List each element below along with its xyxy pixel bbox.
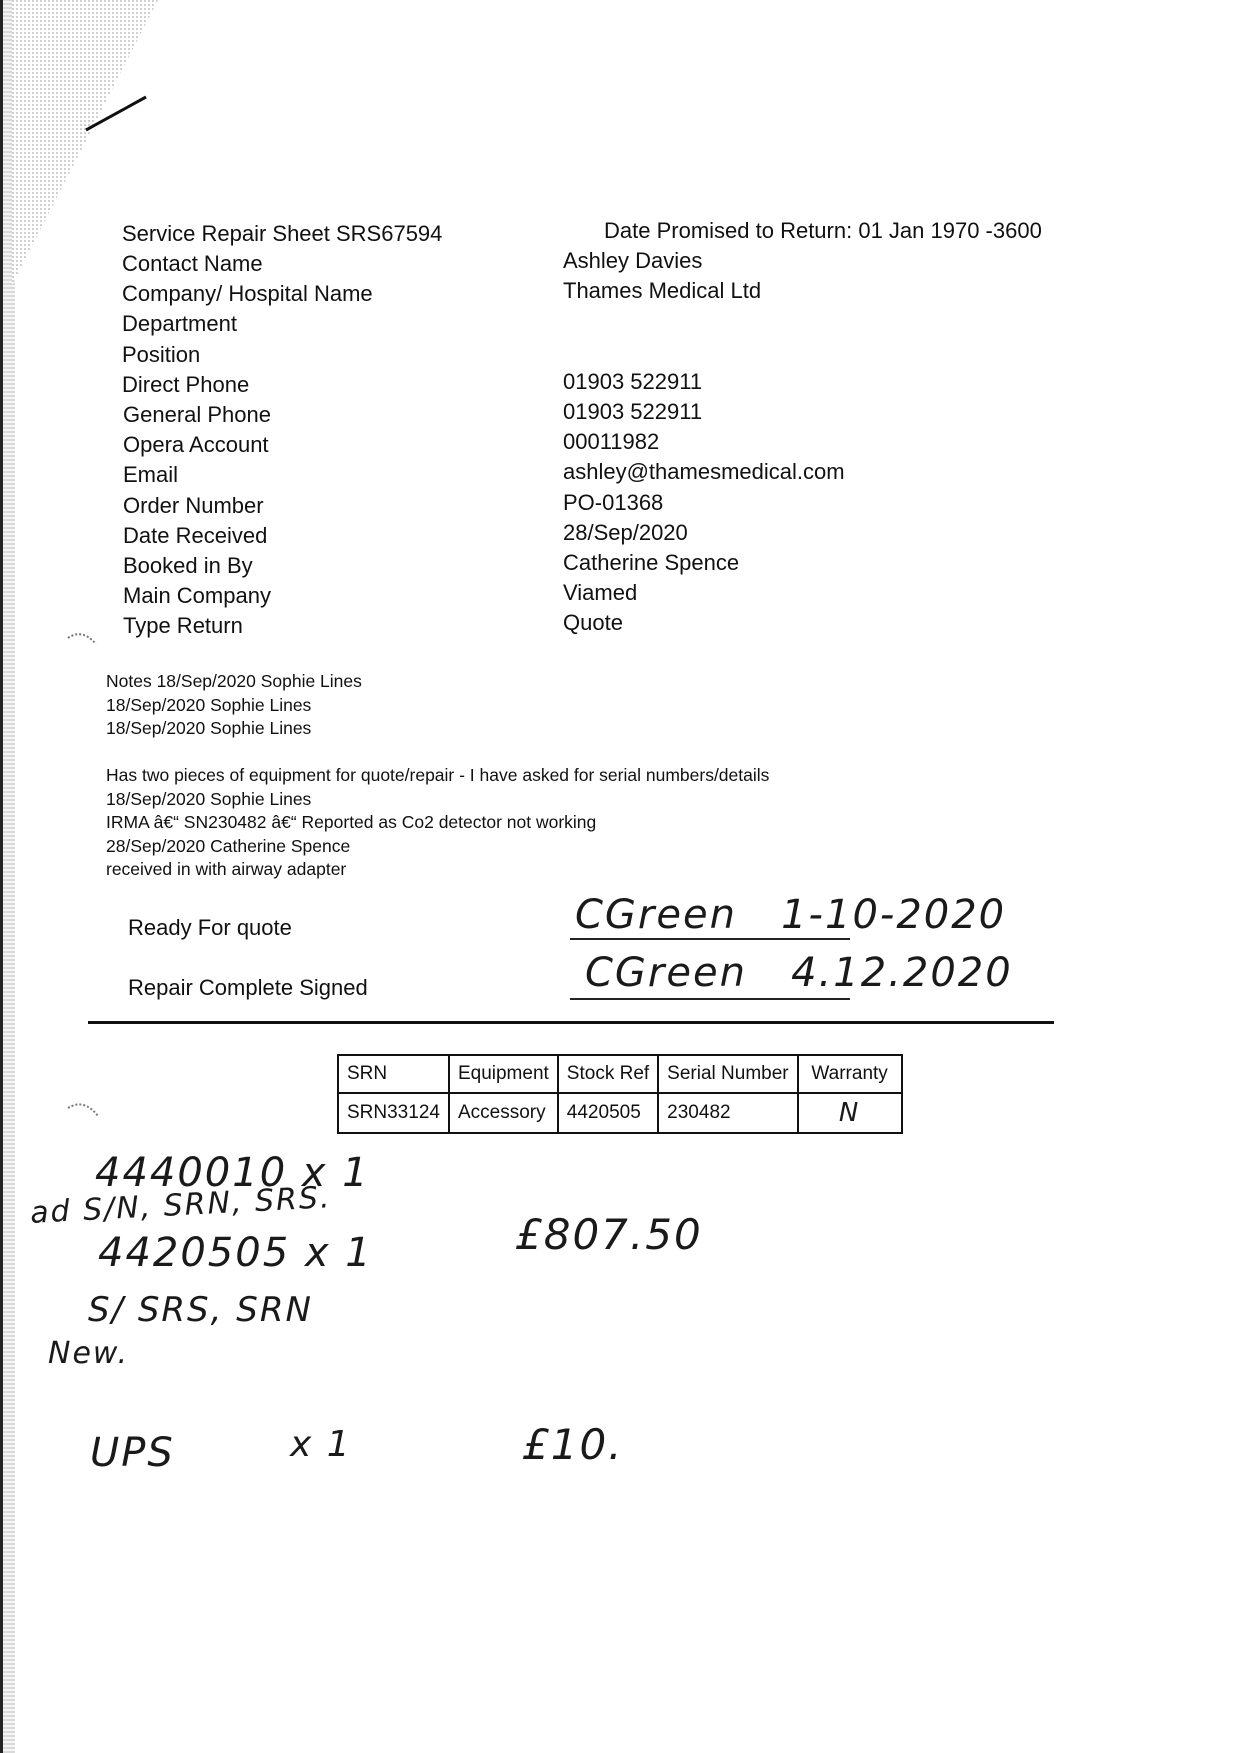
signature-date: 4.12.2020 <box>791 950 1013 996</box>
signature-line <box>570 998 850 1000</box>
header-serial-number: Serial Number <box>658 1055 797 1093</box>
cell-equipment: Accessory <box>449 1093 558 1133</box>
handwritten-new: New. <box>48 1336 129 1371</box>
repair-complete-signature: CGreen 4.12.2020 <box>585 950 1013 996</box>
field-value: Ashley Davies <box>563 246 702 276</box>
handwritten-part-2-note: S/ SRS, SRN <box>88 1290 313 1330</box>
field-value: 28/Sep/2020 <box>563 518 688 548</box>
field-value: Viamed <box>563 578 637 608</box>
note-line: 28/Sep/2020 Catherine Spence <box>106 835 769 859</box>
date-promised: Date Promised to Return: 01 Jan 1970 -36… <box>604 216 1042 246</box>
equipment-table: SRN Equipment Stock Ref Serial Number Wa… <box>337 1054 903 1134</box>
note-line <box>106 741 769 765</box>
section-divider <box>88 1021 1054 1024</box>
ready-for-quote-signature: CGreen 1-10-2020 <box>575 892 1006 938</box>
field-value: ashley@thamesmedical.com <box>563 457 845 487</box>
field-label: General Phone <box>123 400 271 430</box>
sheet-title: Service Repair Sheet SRS67594 <box>122 219 442 249</box>
field-label: Type Return <box>123 611 243 641</box>
field-value: Quote <box>563 608 623 638</box>
handwritten-ups-price: £10. <box>522 1420 624 1469</box>
handwritten-price-1: £807.50 <box>515 1210 703 1259</box>
note-line: Has two pieces of equipment for quote/re… <box>106 764 769 788</box>
header-stock-ref: Stock Ref <box>558 1055 658 1093</box>
table-header-row: SRN Equipment Stock Ref Serial Number Wa… <box>338 1055 902 1093</box>
ready-for-quote-label: Ready For quote <box>128 913 292 943</box>
field-label: Direct Phone <box>122 370 249 400</box>
notes-block: Notes 18/Sep/2020 Sophie Lines18/Sep/202… <box>106 670 769 882</box>
field-label: Date Received <box>123 521 267 551</box>
signature-line <box>570 938 850 940</box>
signature-date: 1-10-2020 <box>781 892 1006 938</box>
field-value: Catherine Spence <box>563 548 739 578</box>
field-label: Opera Account <box>123 430 269 460</box>
field-value: Thames Medical Ltd <box>563 276 761 306</box>
field-value: 00011982 <box>563 427 659 457</box>
table-row: SRN33124 Accessory 4420505 230482 N <box>338 1093 902 1133</box>
handwritten-part-1-note: ad S/N, SRN, SRS. <box>29 1180 332 1231</box>
note-line: 18/Sep/2020 Sophie Lines <box>106 694 769 718</box>
field-value: PO-01368 <box>563 488 663 518</box>
field-label: Contact Name <box>122 249 263 279</box>
signature-text: CGreen <box>585 950 747 996</box>
note-line: 18/Sep/2020 Sophie Lines <box>106 717 769 741</box>
field-label: Order Number <box>123 491 264 521</box>
cell-srn: SRN33124 <box>338 1093 449 1133</box>
handwritten-ups-qty: x 1 <box>290 1424 352 1465</box>
field-value: 01903 522911 <box>563 397 702 427</box>
note-line: IRMA â€“ SN230482 â€“ Reported as Co2 de… <box>106 811 769 835</box>
cell-serial-number: 230482 <box>658 1093 797 1133</box>
header-warranty: Warranty <box>798 1055 902 1093</box>
header-equipment: Equipment <box>449 1055 558 1093</box>
field-label: Position <box>122 340 200 370</box>
cell-stock-ref: 4420505 <box>558 1093 658 1133</box>
note-line: Notes 18/Sep/2020 Sophie Lines <box>106 670 769 694</box>
field-label: Company/ Hospital Name <box>122 279 373 309</box>
field-label: Email <box>123 460 178 490</box>
repair-complete-label: Repair Complete Signed <box>128 973 368 1003</box>
handwritten-ups: UPS <box>90 1430 175 1476</box>
signature-text: CGreen <box>575 892 737 938</box>
handwritten-part-2: 4420505 x 1 <box>98 1230 373 1276</box>
field-label: Main Company <box>123 581 271 611</box>
scan-mark <box>64 1096 104 1126</box>
field-label: Department <box>122 309 237 339</box>
field-label: Booked in By <box>123 551 253 581</box>
cell-warranty: N <box>798 1093 902 1133</box>
header-srn: SRN <box>338 1055 449 1093</box>
field-value: 01903 522911 <box>563 367 702 397</box>
note-line: 18/Sep/2020 Sophie Lines <box>106 788 769 812</box>
scan-mark <box>64 626 100 654</box>
note-line: received in with airway adapter <box>106 858 769 882</box>
